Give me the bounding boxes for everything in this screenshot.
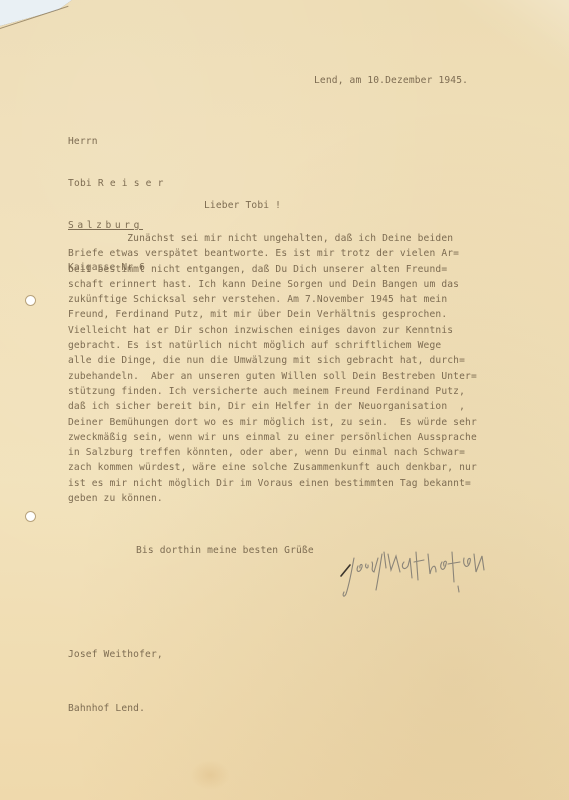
body-line: alle die Dinge, die nun die Umwälzung mi… [68, 353, 477, 368]
punch-hole-icon [25, 511, 36, 522]
handwritten-signature [338, 548, 518, 608]
body-line: stützung finden. Ich versicherte auch me… [68, 384, 477, 399]
body-line: gebracht. Es ist natürlich nicht möglich… [68, 338, 477, 353]
body-line: in Salzburg treffen könnten, oder aber, … [68, 445, 477, 460]
body-line: zweckmäßig sein, wenn wir uns einmal zu … [68, 430, 477, 445]
body-line: geben zu können. [68, 491, 477, 506]
sender-block: Josef Weithofer, Bahnhof Lend. [68, 610, 163, 736]
letter-body: Zunächst sei mir nicht ungehalten, daß i… [68, 231, 477, 506]
sender-location: Bahnhof Lend. [68, 700, 163, 718]
greeting: Lieber Tobi ! [204, 198, 281, 213]
punch-hole-icon [25, 295, 36, 306]
body-line: Vielleicht hat er Dir schon inzwischen e… [68, 323, 477, 338]
body-line: daß ich sicher bereit bin, Dir ein Helfe… [68, 399, 477, 414]
paper-stain [190, 760, 230, 790]
body-line: schaft erinnert hast. Ich kann Deine Sor… [68, 277, 477, 292]
body-line: zubehandeln. Aber an unseren guten Wille… [68, 369, 477, 384]
sender-name: Josef Weithofer, [68, 646, 163, 664]
body-line: zukünftige Schicksal sehr verstehen. Am … [68, 292, 477, 307]
body-line: Deiner Bemühungen dort wo es mir möglich… [68, 415, 477, 430]
date-line: Lend, am 10.Dezember 1945. [314, 73, 468, 88]
body-line: Freund, Ferdinand Putz, mit mir über Dei… [68, 307, 477, 322]
body-line: zach kommen würdest, wäre eine solche Zu… [68, 460, 477, 475]
body-line: Zunächst sei mir nicht ungehalten, daß i… [68, 231, 477, 246]
paper-crease [459, 0, 569, 70]
body-line: ist es mir nicht möglich Dir im Voraus e… [68, 476, 477, 491]
closing-line: Bis dorthin meine besten Grüße [136, 543, 314, 558]
body-line: Briefe etwas verspätet beantworte. Es is… [68, 246, 477, 261]
recipient-name: Tobi R e i s e r [68, 177, 164, 191]
body-line: beit bestimmt nicht entgangen, daß Du Di… [68, 262, 477, 277]
recipient-prefix: Herrn [68, 135, 164, 149]
